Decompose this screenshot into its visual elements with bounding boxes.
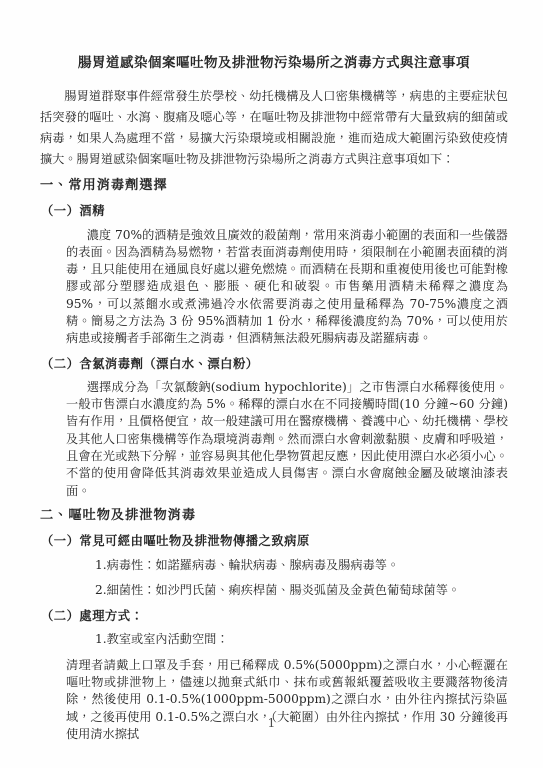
handling-item-classroom-body: 清理者請戴上口罩及手套，用已稀釋成 0.5%(5000ppm)之漂白水，小心輕灑… — [66, 657, 508, 743]
subsection-1-1-body: 濃度 70%的酒精是強效且廣效的殺菌劑，常用來消毒小範圍的表面和一些儀器的表面。… — [66, 227, 508, 348]
section-2-heading: 二、嘔吐物及排泄物消毒 — [40, 507, 508, 525]
subsection-1-2-heading-chlorine: （二）含氯消毒劑（漂白水、漂白粉） — [41, 355, 508, 372]
subsection-1-2-body: 選擇成分為「次氯酸鈉(sodium hypochlorite)」之市售漂白水稀釋… — [66, 379, 508, 500]
pathogen-item-bacterial: 2.細菌性：如沙門氏菌、痢疾桿菌、腸炎弧菌及金黃色葡萄球菌等。 — [95, 582, 508, 599]
subsection-1-1-heading-alcohol: （一）酒精 — [41, 202, 508, 219]
intro-paragraph: 腸胃道群聚事件經常發生於學校、幼托機構及人口密集機構等，病患的主要症狀包括突發的… — [40, 86, 508, 170]
subsection-2-2-heading-handling: （二）處理方式： — [41, 607, 508, 624]
document-title: 腸胃道感染個案嘔吐物及排泄物污染場所之消毒方式與注意事項 — [40, 54, 508, 73]
pathogen-item-viral: 1.病毒性：如諾羅病毒、輪狀病毒、腺病毒及腸病毒等。 — [95, 557, 508, 574]
page-number: 1 — [0, 716, 543, 730]
subsection-2-1-heading-pathogens: （一）常見可經由嘔吐物及排泄物傳播之致病原 — [41, 532, 508, 549]
document-page: 腸胃道感染個案嘔吐物及排泄物污染場所之消毒方式與注意事項 腸胃道群聚事件經常發生… — [0, 0, 543, 768]
section-1-heading: 一、常用消毒劑選擇 — [40, 177, 508, 195]
handling-item-classroom-heading: 1.教室或室內活動空間： — [95, 631, 508, 648]
